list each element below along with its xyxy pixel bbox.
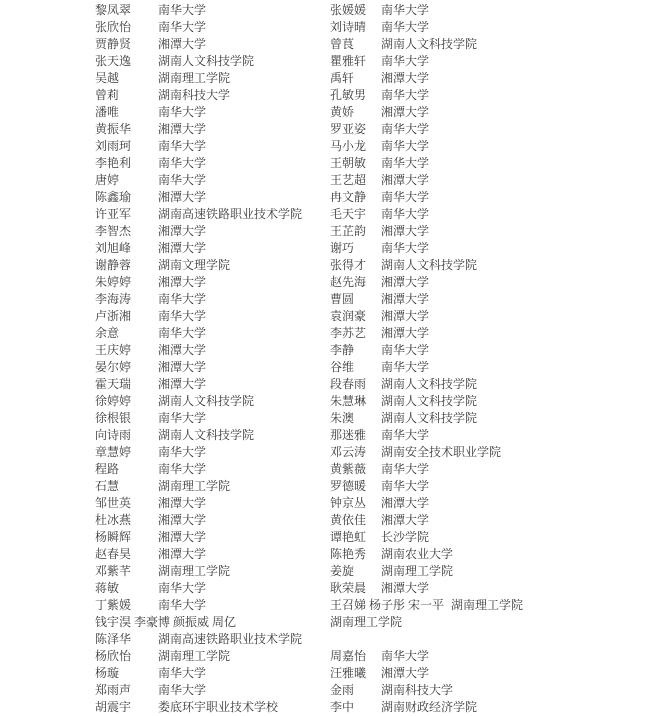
roster-row: 赵春昊湘潭大学陈艳秀湖南农业大学 [0, 546, 649, 563]
right-entry: 曾茛湖南人文科技学院 [330, 36, 477, 53]
left-entry: 刘旭峰湘潭大学 [95, 240, 206, 257]
student-school: 湘潭大学 [158, 359, 206, 376]
student-name: 李艳利 [95, 155, 158, 172]
student-school: 湘潭大学 [381, 495, 429, 512]
left-entry: 李海涛南华大学 [95, 291, 206, 308]
student-name: 耿荣晨 [330, 580, 381, 597]
left-entry: 潘唯南华大学 [95, 104, 206, 121]
student-school: 湖南理工学院 [158, 478, 230, 495]
student-school: 南华大学 [381, 189, 429, 206]
student-school: 湘潭大学 [381, 291, 429, 308]
roster: 黎凤翠南华大学张媛媛南华大学张欣怡南华大学刘诗晴南华大学贾静贤湘潭大学曾茛湖南人… [0, 0, 649, 716]
student-name: 陈泽华 [95, 631, 158, 648]
roster-row: 李智杰湘潭大学王芷韵湘潭大学 [0, 223, 649, 240]
student-name: 黄依佳 [330, 512, 381, 529]
roster-row: 章慧婷南华大学邓云涛湖南安全技术职业学院 [0, 444, 649, 461]
left-entry: 章慧婷南华大学 [95, 444, 206, 461]
student-school: 南华大学 [158, 291, 206, 308]
student-name: 李苏艺 [330, 325, 381, 342]
roster-row: 刘雨珂南华大学马小龙南华大学 [0, 138, 649, 155]
student-name: 邓紫芊 [95, 563, 158, 580]
student-name: 杨欣怡 [95, 648, 158, 665]
student-name: 杨璇 [95, 665, 158, 682]
roster-row: 潘唯南华大学黄娇湘潭大学 [0, 104, 649, 121]
student-name: 向诗雨 [95, 427, 158, 444]
right-entry: 钟京丛湘潭大学 [330, 495, 429, 512]
student-name: 郑雨声 [95, 682, 158, 699]
left-entry: 刘雨珂南华大学 [95, 138, 206, 155]
left-entry: 吴越湖南理工学院 [95, 70, 230, 87]
student-name: 徐根银 [95, 410, 158, 427]
student-name: 禹轩 [330, 70, 381, 87]
student-name: 赵先海 [330, 274, 381, 291]
student-name: 瞿雅轩 [330, 53, 381, 70]
student-school: 南华大学 [381, 53, 429, 70]
student-name: 曾茛 [330, 36, 381, 53]
roster-row: 胡震宇娄底环宇职业技术学校李中湖南财政经济学院 [0, 699, 649, 716]
right-entry: 李中湖南财政经济学院 [330, 699, 477, 716]
roster-row: 徐婷婷湖南人文科技学院朱慧琳湖南人文科技学院 [0, 393, 649, 410]
student-name: 谢巧 [330, 240, 381, 257]
right-entry: 张媛媛南华大学 [330, 2, 429, 19]
student-school: 湖南理工学院 [330, 614, 402, 631]
student-school: 湘潭大学 [381, 223, 429, 240]
right-entry: 朱慧琳湖南人文科技学院 [330, 393, 477, 410]
student-name: 丁紫媛 [95, 597, 158, 614]
student-name: 周嘉怡 [330, 648, 381, 665]
student-name: 吴越 [95, 70, 158, 87]
student-name: 刘诗晴 [330, 19, 381, 36]
left-entry: 石慧湖南理工学院 [95, 478, 230, 495]
student-school: 南华大学 [381, 206, 429, 223]
student-school: 娄底环宇职业技术学校 [158, 699, 278, 716]
student-name: 唐婷 [95, 172, 158, 189]
student-school: 湖南财政经济学院 [381, 699, 477, 716]
left-entry: 霍天瑞湘潭大学 [95, 376, 206, 393]
student-school: 湖南人文科技学院 [381, 376, 477, 393]
student-name: 袁润豪 [330, 308, 381, 325]
right-entry: 金雨湖南科技大学 [330, 682, 453, 699]
student-school: 湘潭大学 [158, 240, 206, 257]
right-entry: 姜旋湖南理工学院 [330, 563, 453, 580]
right-entry: 禹轩湘潭大学 [330, 70, 429, 87]
student-school: 南华大学 [158, 444, 206, 461]
student-school: 南华大学 [381, 461, 429, 478]
roster-row: 贾静贤湘潭大学曾茛湖南人文科技学院 [0, 36, 649, 53]
right-entry: 段春雨湖南人文科技学院 [330, 376, 477, 393]
student-name: 张得才 [330, 257, 381, 274]
right-entry: 刘诗晴南华大学 [330, 19, 429, 36]
student-name: 赵春昊 [95, 546, 158, 563]
roster-row: 余意南华大学李苏艺湘潭大学 [0, 325, 649, 342]
student-school: 南华大学 [381, 155, 429, 172]
left-entry: 蒋敏南华大学 [95, 580, 206, 597]
student-school: 南华大学 [381, 19, 429, 36]
student-name: 谷维 [330, 359, 381, 376]
student-school: 湘潭大学 [381, 274, 429, 291]
student-school: 湖南理工学院 [158, 70, 230, 87]
roster-row: 郑雨声南华大学金雨湖南科技大学 [0, 682, 649, 699]
roster-row: 李艳利南华大学王朝敏南华大学 [0, 155, 649, 172]
student-school: 湘潭大学 [381, 308, 429, 325]
student-school: 南华大学 [381, 87, 429, 104]
student-name: 潘唯 [95, 104, 158, 121]
student-school: 南华大学 [381, 648, 429, 665]
student-school: 湘潭大学 [381, 665, 429, 682]
student-school: 南华大学 [158, 138, 206, 155]
student-name: 张天逸 [95, 53, 158, 70]
left-entry: 陈泽华湖南高速铁路职业技术学院 [95, 631, 302, 648]
roster-row: 向诗雨湖南人文科技学院那迷雅南华大学 [0, 427, 649, 444]
right-entry: 汪雅曦湘潭大学 [330, 665, 429, 682]
right-entry: 王召娣 杨子彤 宋一平湖南理工学院 [330, 597, 523, 614]
left-entry: 杜冰燕湘潭大学 [95, 512, 206, 529]
student-name: 邓云涛 [330, 444, 381, 461]
student-school: 湖南农业大学 [381, 546, 453, 563]
roster-row: 钱宇淏 李豪博 颜振威 周亿湖南理工学院 [0, 614, 649, 631]
student-school: 南华大学 [158, 104, 206, 121]
right-entry: 那迷雅南华大学 [330, 427, 429, 444]
left-entry: 徐婷婷湖南人文科技学院 [95, 393, 254, 410]
left-entry: 余意南华大学 [95, 325, 206, 342]
student-name: 蒋敏 [95, 580, 158, 597]
student-name: 黄娇 [330, 104, 381, 121]
roster-row: 卢浙湘南华大学袁润豪湘潭大学 [0, 308, 649, 325]
student-school: 湖南人文科技学院 [381, 393, 477, 410]
student-name: 钱宇淏 李豪博 颜振威 周亿 [95, 614, 330, 631]
student-school: 南华大学 [158, 580, 206, 597]
student-name: 陈艳秀 [330, 546, 381, 563]
student-name: 徐婷婷 [95, 393, 158, 410]
right-entry: 黄紫薇南华大学 [330, 461, 429, 478]
student-name: 朱婷婷 [95, 274, 158, 291]
student-school: 南华大学 [381, 240, 429, 257]
student-name: 王召娣 杨子彤 宋一平 [330, 597, 444, 614]
student-school: 南华大学 [158, 461, 206, 478]
right-entry: 罗亚姿南华大学 [330, 121, 429, 138]
student-name: 黄紫薇 [330, 461, 381, 478]
student-name: 贾静贤 [95, 36, 158, 53]
student-name: 刘雨珂 [95, 138, 158, 155]
student-school: 南华大学 [158, 308, 206, 325]
student-school: 湘潭大学 [158, 376, 206, 393]
student-name: 余意 [95, 325, 158, 342]
student-school: 南华大学 [158, 682, 206, 699]
student-school: 南华大学 [381, 121, 429, 138]
roster-row: 许亚军湖南高速铁路职业技术学院毛天宇南华大学 [0, 206, 649, 223]
right-entry: 耿荣晨湘潭大学 [330, 580, 429, 597]
left-entry: 黎凤翠南华大学 [95, 2, 206, 19]
left-entry: 晏尔婷湘潭大学 [95, 359, 206, 376]
student-school: 湖南理工学院 [158, 648, 230, 665]
student-school: 南华大学 [381, 427, 429, 444]
left-entry: 郑雨声南华大学 [95, 682, 206, 699]
right-entry: 瞿雅轩南华大学 [330, 53, 429, 70]
student-name: 李中 [330, 699, 381, 716]
left-entry: 张天逸湖南人文科技学院 [95, 53, 254, 70]
left-entry: 张欣怡南华大学 [95, 19, 206, 36]
student-school: 湘潭大学 [158, 546, 206, 563]
right-entry: 邓云涛湖南安全技术职业学院 [330, 444, 501, 461]
student-school: 湖南人文科技学院 [381, 36, 477, 53]
student-school: 湖南科技大学 [381, 682, 453, 699]
student-name: 杨瞬辉 [95, 529, 158, 546]
left-entry: 贾静贤湘潭大学 [95, 36, 206, 53]
student-school: 南华大学 [158, 2, 206, 19]
student-school: 湘潭大学 [381, 580, 429, 597]
student-name: 姜旋 [330, 563, 381, 580]
roster-row: 陈泽华湖南高速铁路职业技术学院 [0, 631, 649, 648]
student-school: 湖南理工学院 [451, 597, 523, 614]
student-school: 湖南高速铁路职业技术学院 [158, 206, 302, 223]
left-entry: 卢浙湘南华大学 [95, 308, 206, 325]
left-entry: 唐婷南华大学 [95, 172, 206, 189]
student-school: 湘潭大学 [381, 172, 429, 189]
student-school: 湘潭大学 [158, 121, 206, 138]
student-name: 马小龙 [330, 138, 381, 155]
roster-row: 王庆婷湘潭大学李静南华大学 [0, 342, 649, 359]
student-name: 曹圆 [330, 291, 381, 308]
left-entry: 李智杰湘潭大学 [95, 223, 206, 240]
student-name: 李海涛 [95, 291, 158, 308]
right-entry: 毛天宇南华大学 [330, 206, 429, 223]
student-name: 李智杰 [95, 223, 158, 240]
right-entry: 朱澳湖南人文科技学院 [330, 410, 477, 427]
right-entry: 冉文静南华大学 [330, 189, 429, 206]
left-entry: 王庆婷湘潭大学 [95, 342, 206, 359]
student-name: 毛天宇 [330, 206, 381, 223]
student-school: 南华大学 [381, 478, 429, 495]
student-name: 冉文静 [330, 189, 381, 206]
student-name: 刘旭峰 [95, 240, 158, 257]
left-entry: 胡震宇娄底环宇职业技术学校 [95, 699, 278, 716]
student-name: 王庆婷 [95, 342, 158, 359]
student-school: 湖南人文科技学院 [158, 427, 254, 444]
student-name: 金雨 [330, 682, 381, 699]
student-name: 胡震宇 [95, 699, 158, 716]
left-entry: 谢静蓉湖南文理学院 [95, 257, 230, 274]
student-school: 南华大学 [381, 2, 429, 19]
student-name: 那迷雅 [330, 427, 381, 444]
student-school: 湖南人文科技学院 [158, 393, 254, 410]
roster-row: 黄振华湘潭大学罗亚姿南华大学 [0, 121, 649, 138]
student-school: 湖南人文科技学院 [381, 257, 477, 274]
right-entry: 谢巧南华大学 [330, 240, 429, 257]
roster-row: 黎凤翠南华大学张媛媛南华大学 [0, 2, 649, 19]
student-name: 杜冰燕 [95, 512, 158, 529]
student-name: 黎凤翠 [95, 2, 158, 19]
student-school: 湘潭大学 [158, 189, 206, 206]
student-school: 南华大学 [158, 19, 206, 36]
student-school: 南华大学 [158, 155, 206, 172]
roster-row: 杨欣怡湖南理工学院周嘉怡南华大学 [0, 648, 649, 665]
roster-row: 石慧湖南理工学院罗德暖南华大学 [0, 478, 649, 495]
right-entry: 谷维南华大学 [330, 359, 429, 376]
student-school: 湘潭大学 [158, 342, 206, 359]
right-entry: 孔敏男南华大学 [330, 87, 429, 104]
student-school: 南华大学 [381, 138, 429, 155]
student-name: 程路 [95, 461, 158, 478]
student-name: 朱澳 [330, 410, 381, 427]
right-entry: 李静南华大学 [330, 342, 429, 359]
student-name: 晏尔婷 [95, 359, 158, 376]
roster-row: 徐根银南华大学朱澳湖南人文科技学院 [0, 410, 649, 427]
left-entry: 邓紫芊湖南理工学院 [95, 563, 230, 580]
left-entry: 杨璇南华大学 [95, 665, 206, 682]
roster-row: 谢静蓉湖南文理学院张得才湖南人文科技学院 [0, 257, 649, 274]
student-school: 湖南科技大学 [158, 87, 230, 104]
student-school: 南华大学 [158, 597, 206, 614]
student-name: 罗德暖 [330, 478, 381, 495]
right-entry: 周嘉怡南华大学 [330, 648, 429, 665]
student-school: 湘潭大学 [158, 274, 206, 291]
student-school: 南华大学 [158, 410, 206, 427]
student-name: 石慧 [95, 478, 158, 495]
roster-row: 晏尔婷湘潭大学谷维南华大学 [0, 359, 649, 376]
left-entry: 杨欣怡湖南理工学院 [95, 648, 230, 665]
right-entry: 王芷韵湘潭大学 [330, 223, 429, 240]
student-name: 谢静蓉 [95, 257, 158, 274]
student-school: 湘潭大学 [158, 529, 206, 546]
student-school: 湘潭大学 [158, 512, 206, 529]
left-entry: 丁紫媛南华大学 [95, 597, 206, 614]
roster-row: 杨瞬辉湘潭大学谭艳虹长沙学院 [0, 529, 649, 546]
student-name: 王艺超 [330, 172, 381, 189]
student-name: 孔敏男 [330, 87, 381, 104]
roster-row: 朱婷婷湘潭大学赵先海湘潭大学 [0, 274, 649, 291]
roster-row: 霍天瑞湘潭大学段春雨湖南人文科技学院 [0, 376, 649, 393]
roster-row: 杨璇南华大学汪雅曦湘潭大学 [0, 665, 649, 682]
left-entry: 许亚军湖南高速铁路职业技术学院 [95, 206, 302, 223]
student-school: 湘潭大学 [381, 325, 429, 342]
left-entry: 钱宇淏 李豪博 颜振威 周亿湖南理工学院 [95, 614, 402, 631]
right-entry: 王艺超湘潭大学 [330, 172, 429, 189]
roster-row: 张欣怡南华大学刘诗晴南华大学 [0, 19, 649, 36]
student-school: 湖南文理学院 [158, 257, 230, 274]
student-school: 湖南人文科技学院 [158, 53, 254, 70]
student-school: 湖南理工学院 [381, 563, 453, 580]
roster-row: 程路南华大学黄紫薇南华大学 [0, 461, 649, 478]
roster-row: 刘旭峰湘潭大学谢巧南华大学 [0, 240, 649, 257]
right-entry: 罗德暖南华大学 [330, 478, 429, 495]
student-school: 南华大学 [381, 342, 429, 359]
roster-row: 杜冰燕湘潭大学黄依佳湘潭大学 [0, 512, 649, 529]
student-name: 黄振华 [95, 121, 158, 138]
student-school: 湘潭大学 [158, 495, 206, 512]
student-school: 湘潭大学 [381, 70, 429, 87]
right-entry: 曹圆湘潭大学 [330, 291, 429, 308]
roster-row: 邹世英湘潭大学钟京丛湘潭大学 [0, 495, 649, 512]
student-name: 邹世英 [95, 495, 158, 512]
student-name: 卢浙湘 [95, 308, 158, 325]
student-school: 南华大学 [158, 325, 206, 342]
student-name: 许亚军 [95, 206, 158, 223]
left-entry: 杨瞬辉湘潭大学 [95, 529, 206, 546]
right-entry: 陈艳秀湖南农业大学 [330, 546, 453, 563]
left-entry: 朱婷婷湘潭大学 [95, 274, 206, 291]
roster-row: 蒋敏南华大学耿荣晨湘潭大学 [0, 580, 649, 597]
student-school: 湘潭大学 [158, 36, 206, 53]
student-school: 长沙学院 [381, 529, 429, 546]
student-school: 湖南安全技术职业学院 [381, 444, 501, 461]
student-name: 王芷韵 [330, 223, 381, 240]
student-school: 湖南理工学院 [158, 563, 230, 580]
student-school: 湖南高速铁路职业技术学院 [158, 631, 302, 648]
student-school: 湘潭大学 [381, 104, 429, 121]
right-entry: 赵先海湘潭大学 [330, 274, 429, 291]
left-entry: 曾莉湖南科技大学 [95, 87, 230, 104]
student-name: 谭艳虹 [330, 529, 381, 546]
student-school: 湖南人文科技学院 [381, 410, 477, 427]
student-name: 张媛媛 [330, 2, 381, 19]
student-name: 王朝敏 [330, 155, 381, 172]
roster-row: 陈鑫瑜湘潭大学冉文静南华大学 [0, 189, 649, 206]
student-school: 南华大学 [158, 172, 206, 189]
right-entry: 李苏艺湘潭大学 [330, 325, 429, 342]
right-entry: 袁润豪湘潭大学 [330, 308, 429, 325]
student-name: 钟京丛 [330, 495, 381, 512]
roster-row: 吴越湖南理工学院禹轩湘潭大学 [0, 70, 649, 87]
student-name: 霍天瑞 [95, 376, 158, 393]
student-school: 南华大学 [158, 665, 206, 682]
student-name: 朱慧琳 [330, 393, 381, 410]
right-entry: 黄依佳湘潭大学 [330, 512, 429, 529]
student-school: 湘潭大学 [158, 223, 206, 240]
student-school: 南华大学 [381, 359, 429, 376]
right-entry: 王朝敏南华大学 [330, 155, 429, 172]
roster-row: 曾莉湖南科技大学孔敏男南华大学 [0, 87, 649, 104]
student-name: 李静 [330, 342, 381, 359]
left-entry: 黄振华湘潭大学 [95, 121, 206, 138]
left-entry: 李艳利南华大学 [95, 155, 206, 172]
roster-row: 邓紫芊湖南理工学院姜旋湖南理工学院 [0, 563, 649, 580]
student-name: 陈鑫瑜 [95, 189, 158, 206]
left-entry: 赵春昊湘潭大学 [95, 546, 206, 563]
student-name: 张欣怡 [95, 19, 158, 36]
roster-row: 唐婷南华大学王艺超湘潭大学 [0, 172, 649, 189]
roster-row: 李海涛南华大学曹圆湘潭大学 [0, 291, 649, 308]
student-school: 湘潭大学 [381, 512, 429, 529]
left-entry: 向诗雨湖南人文科技学院 [95, 427, 254, 444]
roster-row: 张天逸湖南人文科技学院瞿雅轩南华大学 [0, 53, 649, 70]
student-name: 章慧婷 [95, 444, 158, 461]
left-entry: 邹世英湘潭大学 [95, 495, 206, 512]
right-entry: 谭艳虹长沙学院 [330, 529, 429, 546]
right-entry: 黄娇湘潭大学 [330, 104, 429, 121]
right-entry: 马小龙南华大学 [330, 138, 429, 155]
student-name: 罗亚姿 [330, 121, 381, 138]
left-entry: 陈鑫瑜湘潭大学 [95, 189, 206, 206]
student-name: 段春雨 [330, 376, 381, 393]
left-entry: 徐根银南华大学 [95, 410, 206, 427]
student-name: 汪雅曦 [330, 665, 381, 682]
right-entry: 张得才湖南人文科技学院 [330, 257, 477, 274]
student-name: 曾莉 [95, 87, 158, 104]
left-entry: 程路南华大学 [95, 461, 206, 478]
roster-row: 丁紫媛南华大学王召娣 杨子彤 宋一平湖南理工学院 [0, 597, 649, 614]
